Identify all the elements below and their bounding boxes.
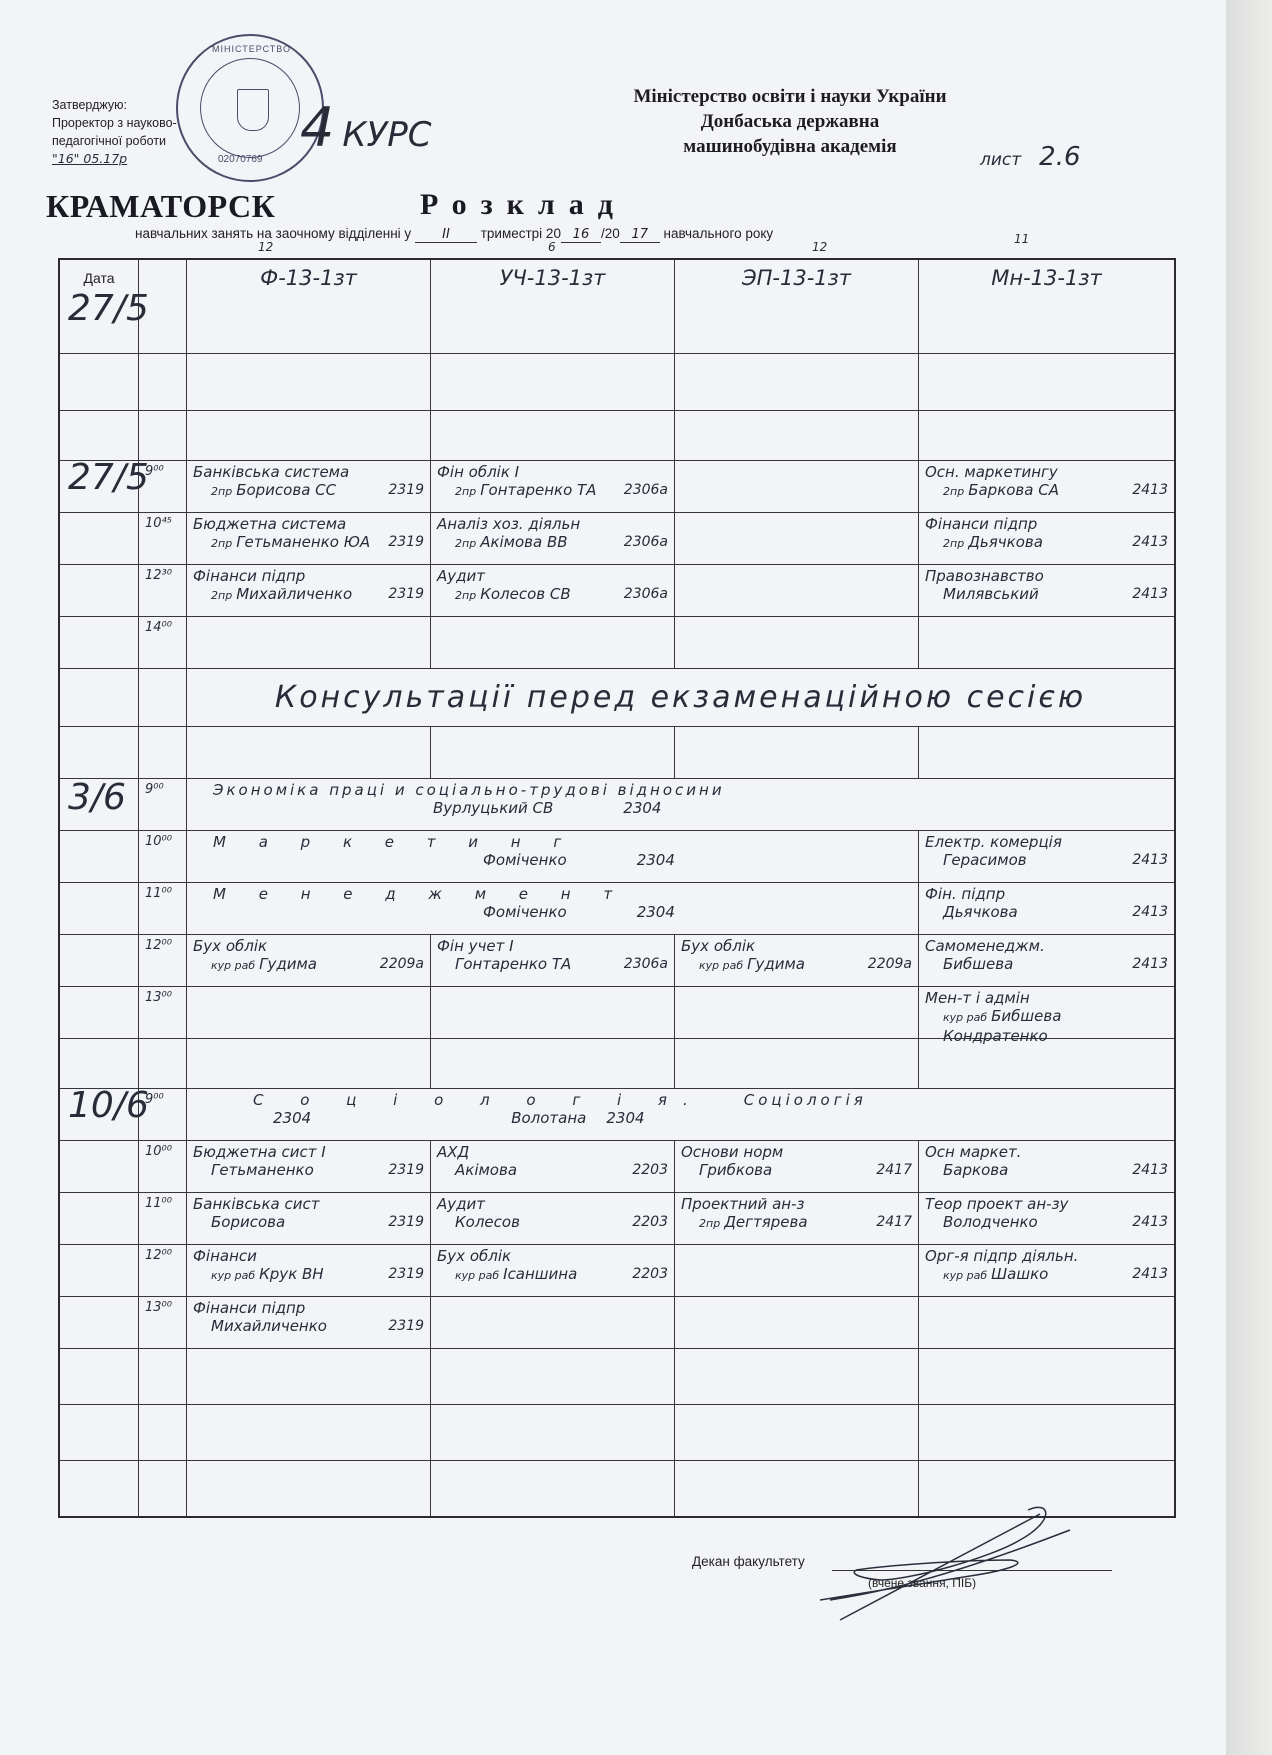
schedule-cell bbox=[674, 296, 918, 353]
schedule-cell bbox=[186, 987, 430, 1038]
schedule-cell: Фінансикур рабКрук ВН2319 bbox=[186, 1245, 430, 1296]
teacher-line: кур рабКрук ВН2319 bbox=[193, 1265, 424, 1285]
teacher-name: Гудима bbox=[259, 955, 317, 973]
teacher-name: Герасимов bbox=[943, 851, 1027, 869]
time-cell bbox=[138, 669, 186, 726]
span-subject-text: С о ц і о л о г і я. bbox=[253, 1091, 704, 1109]
consultation-banner: Консультації перед екзаменаційною сесією bbox=[186, 669, 1174, 726]
class-kind: 2пр bbox=[699, 1217, 720, 1230]
teacher-name: Баркова bbox=[943, 1161, 1008, 1179]
spanning-entry: Экономіка праці и соціально-трудові відн… bbox=[186, 779, 1174, 830]
approver-title-1: Проректор з науково- bbox=[52, 114, 177, 132]
schedule-cell: Аудит2прКолесов СВ2306а bbox=[430, 565, 674, 616]
date-cell bbox=[60, 1349, 138, 1404]
table-row: 11⁰⁰Банківська систБорисова2319АудитКоле… bbox=[60, 1192, 1174, 1244]
subject-name: Фінанси bbox=[193, 1247, 424, 1265]
year-to: 17 bbox=[620, 227, 660, 243]
course-text: КУРС bbox=[342, 115, 431, 155]
time-cell bbox=[138, 354, 186, 410]
table-row: 10⁴⁵Бюджетна система2прГетьманенко ЮА231… bbox=[60, 512, 1174, 564]
subject-name: Орг-я підпр діяльн. bbox=[925, 1247, 1168, 1265]
teacher-line: Милявський2413 bbox=[925, 585, 1168, 603]
teacher-name: Волотана bbox=[511, 1109, 586, 1127]
time-cell bbox=[138, 727, 186, 778]
date-cell: 27/5 bbox=[60, 296, 138, 353]
schedule-entry: Фінанси підпр2прМихайличенко2319 bbox=[193, 567, 424, 605]
schedule-entry: АудитКолесов2203 bbox=[437, 1195, 668, 1231]
table-row: 13⁰⁰Фінанси підпрМихайличенко2319 bbox=[60, 1296, 1174, 1348]
schedule-cell bbox=[430, 296, 674, 353]
teacher-line: 2прАкімова ВВ2306а bbox=[437, 533, 668, 553]
table-row bbox=[60, 410, 1174, 460]
schedule-entry: Осн. маркетингу2прБаркова СА2413 bbox=[925, 463, 1168, 501]
teacher-line: 2прМихайличенко2319 bbox=[193, 585, 424, 605]
document-subtitle: навчальних занять на заочному відділенні… bbox=[135, 226, 773, 243]
time-cell bbox=[138, 1039, 186, 1088]
schedule-cell bbox=[674, 513, 918, 564]
subject-name: Бюджетна система bbox=[193, 515, 424, 533]
schedule-cell bbox=[674, 727, 918, 778]
city-stamp: КРАМАТОРСК bbox=[46, 188, 275, 225]
class-kind: 2пр bbox=[211, 589, 232, 602]
teacher-name: Гетьманенко ЮА bbox=[236, 533, 370, 551]
subject-name: Аналіз хоз. діяльн bbox=[437, 515, 668, 533]
dean-label: Декан факультету bbox=[692, 1554, 805, 1569]
teacher-name: Володченко bbox=[943, 1213, 1038, 1231]
teacher-name: Акімова bbox=[455, 1161, 517, 1179]
teacher-name: Милявський bbox=[943, 585, 1039, 603]
date-cell bbox=[60, 935, 138, 986]
teacher-line: Дьячкова2413 bbox=[925, 903, 1168, 921]
teacher-name: Вурлуцький СВ bbox=[433, 799, 553, 817]
class-kind: 2пр bbox=[455, 589, 476, 602]
teacher-line: 2прГетьманенко ЮА2319 bbox=[193, 533, 424, 553]
academy-line-1: Донбаська державна bbox=[560, 109, 1020, 134]
teacher-name: Колесов bbox=[455, 1213, 520, 1231]
schedule-cell bbox=[674, 411, 918, 460]
date-cell bbox=[60, 831, 138, 882]
subject-name: Осн. маркетингу bbox=[925, 463, 1168, 481]
class-kind: 2пр bbox=[943, 537, 964, 550]
class-kind: кур раб bbox=[943, 1011, 987, 1024]
schedule-cell bbox=[674, 1039, 918, 1088]
teacher-line: 2прДегтярева2417 bbox=[681, 1213, 912, 1233]
spanning-entry: М е н е д ж м е н тФоміченко2304 bbox=[186, 883, 918, 934]
teacher-name: Гудима bbox=[747, 955, 805, 973]
course-label: 4КУРС bbox=[300, 96, 431, 159]
room-number: 2413 bbox=[1132, 1265, 1168, 1283]
teacher-name: Михайличенко bbox=[236, 585, 352, 603]
date-value: 3/6 bbox=[68, 789, 126, 807]
table-row bbox=[60, 1348, 1174, 1404]
schedule-cell: Аналіз хоз. діяльн2прАкімова ВВ2306а bbox=[430, 513, 674, 564]
subject-name: Правознавство bbox=[925, 567, 1168, 585]
schedule-cell: Самоменеджм.Бибшева2413 bbox=[918, 935, 1174, 986]
table-row: 10/69⁰⁰С о ц і о л о г і я.Соціологія230… bbox=[60, 1088, 1174, 1140]
time-cell: 10⁰⁰ bbox=[138, 831, 186, 882]
date-cell bbox=[60, 1245, 138, 1296]
schedule-cell: Фінанси підпрМихайличенко2319 bbox=[186, 1297, 430, 1348]
teacher-name: Гетьманенко bbox=[211, 1161, 314, 1179]
table-row: 12⁰⁰Бух обліккур рабГудима2209аФін учет … bbox=[60, 934, 1174, 986]
subject-name: Бух облік bbox=[437, 1247, 668, 1265]
table-row: Консультації перед екзаменаційною сесією bbox=[60, 668, 1174, 726]
ministry-line: Міністерство освіти і науки України bbox=[560, 84, 1020, 109]
teacher-name: Грибкова bbox=[699, 1161, 772, 1179]
schedule-cell bbox=[186, 1461, 430, 1516]
room-number: 2306а bbox=[624, 533, 668, 551]
subtitle-prefix: навчальних занять на заочному відділенні… bbox=[135, 226, 411, 241]
date-value: 10/6 bbox=[68, 1097, 149, 1115]
time-cell: 12³⁰ bbox=[138, 565, 186, 616]
sheet-number: лист2.6 bbox=[980, 142, 1081, 172]
teacher-name: Дьячкова bbox=[968, 533, 1043, 551]
schedule-entry: Банківська система2прБорисова СС2319 bbox=[193, 463, 424, 501]
schedule-cell: Бух обліккур рабГудима2209а bbox=[186, 935, 430, 986]
teacher-name: Шашко bbox=[991, 1265, 1048, 1283]
room-number: 2304 bbox=[637, 903, 675, 921]
schedule-entry: Аудит2прКолесов СВ2306а bbox=[437, 567, 668, 605]
room-number: 2304 bbox=[623, 799, 661, 817]
date-cell: 10/6 bbox=[60, 1089, 138, 1140]
stamp-inner-ring bbox=[200, 58, 300, 158]
schedule-entry: Теор проект ан-зуВолодченко2413 bbox=[925, 1195, 1168, 1231]
room-number: 2413 bbox=[1132, 955, 1168, 973]
room-number: 2413 bbox=[1132, 851, 1168, 869]
room-number: 2413 bbox=[1132, 585, 1168, 603]
teacher-name: Бибшева bbox=[943, 955, 1013, 973]
schedule-table: Дата Ф-13-1зт УЧ-13-1зт ЭП-13-1зт Мн-13-… bbox=[58, 258, 1176, 1518]
schedule-entry: Бух обліккур рабІсаншина2203 bbox=[437, 1247, 668, 1285]
schedule-cell bbox=[918, 727, 1174, 778]
room-number: 2203 bbox=[632, 1213, 668, 1231]
schedule-cell: АудитКолесов2203 bbox=[430, 1193, 674, 1244]
room-number: 2304 bbox=[606, 1109, 644, 1127]
date-cell: 27/5 bbox=[60, 461, 138, 512]
schedule-entry: Фін облік I2прГонтаренко ТА2306а bbox=[437, 463, 668, 501]
schedule-cell: Основи нормГрибкова2417 bbox=[674, 1141, 918, 1192]
date-cell bbox=[60, 617, 138, 668]
schedule-entry: Електр. комерціяГерасимов2413 bbox=[925, 833, 1168, 869]
teacher-line: Акімова2203 bbox=[437, 1161, 668, 1179]
schedule-cell: Осн маркет.Баркова2413 bbox=[918, 1141, 1174, 1192]
group-header: Мн-13-1зт bbox=[918, 260, 1174, 296]
margin-note: 12 bbox=[812, 240, 827, 254]
class-kind: кур раб bbox=[943, 1269, 987, 1282]
schedule-cell: Мен-т і адмінкур рабБибшева Кондратенко bbox=[918, 987, 1174, 1038]
schedule-cell bbox=[918, 354, 1174, 410]
trimester-value: II bbox=[415, 227, 477, 243]
schedule-entry: Бух обліккур рабГудима2209а bbox=[681, 937, 912, 975]
teacher-name: Акімова ВВ bbox=[480, 533, 567, 551]
schedule-cell bbox=[674, 1349, 918, 1404]
span-teacher: Фоміченко2304 bbox=[193, 851, 912, 869]
schedule-cell bbox=[674, 461, 918, 512]
subject-name: Мен-т і адмін bbox=[925, 989, 1168, 1007]
subject-name: Бух облік bbox=[193, 937, 424, 955]
group-header: Ф-13-1зт bbox=[186, 260, 430, 296]
teacher-line: Колесов2203 bbox=[437, 1213, 668, 1231]
room-number: 2304 bbox=[637, 851, 675, 869]
class-kind: 2пр bbox=[211, 537, 232, 550]
trident-emblem-icon bbox=[237, 89, 269, 131]
schedule-cell: Осн. маркетингу2прБаркова СА2413 bbox=[918, 461, 1174, 512]
subject-name: Основи норм bbox=[681, 1143, 912, 1161]
room-number: 2209а bbox=[868, 955, 912, 973]
schedule-entry: Банківська систБорисова2319 bbox=[193, 1195, 424, 1231]
schedule-cell bbox=[674, 617, 918, 668]
schedule-entry: Фін. підпрДьячкова2413 bbox=[925, 885, 1168, 921]
teacher-line: 2прБорисова СС2319 bbox=[193, 481, 424, 501]
teacher-name: Крук ВН bbox=[259, 1265, 323, 1283]
schedule-cell bbox=[186, 354, 430, 410]
schedule-cell: Орг-я підпр діяльн.кур рабШашко2413 bbox=[918, 1245, 1174, 1296]
table-row: 13⁰⁰Мен-т і адмінкур рабБибшева Кондрате… bbox=[60, 986, 1174, 1038]
subject-name: Бюджетна сист I bbox=[193, 1143, 424, 1161]
subject-name: АХД bbox=[437, 1143, 668, 1161]
sheet-label: лист bbox=[980, 150, 1021, 170]
time-cell: 9⁰⁰ bbox=[138, 779, 186, 830]
room-number: 2413 bbox=[1132, 1161, 1168, 1179]
schedule-cell bbox=[430, 411, 674, 460]
teacher-name: Баркова СА bbox=[968, 481, 1059, 499]
document-title: Розклад bbox=[420, 188, 627, 222]
subject-name: Електр. комерція bbox=[925, 833, 1168, 851]
schedule-entry: Орг-я підпр діяльн.кур рабШашко2413 bbox=[925, 1247, 1168, 1285]
schedule-cell: Фін. підпрДьячкова2413 bbox=[918, 883, 1174, 934]
date-cell bbox=[60, 727, 138, 778]
room-number: 2319 bbox=[388, 585, 424, 603]
schedule-cell bbox=[674, 1245, 918, 1296]
span-subject: С о ц і о л о г і я.Соціологія bbox=[193, 1091, 1168, 1109]
table-row: 10⁰⁰Бюджетна сист IГетьманенко2319АХДАкі… bbox=[60, 1140, 1174, 1192]
date-cell bbox=[60, 411, 138, 460]
room-number: 2319 bbox=[388, 1161, 424, 1179]
schedule-cell bbox=[430, 1461, 674, 1516]
time-cell: 11⁰⁰ bbox=[138, 883, 186, 934]
table-row bbox=[60, 726, 1174, 778]
schedule-entry: Фінанси підпрМихайличенко2319 bbox=[193, 1299, 424, 1335]
class-kind: 2пр bbox=[211, 485, 232, 498]
schedule-cell: Проектний ан-з2прДегтярева2417 bbox=[674, 1193, 918, 1244]
date-cell bbox=[60, 1039, 138, 1088]
subtitle-mid: триместрі 20 bbox=[481, 226, 561, 241]
schedule-cell: ПравознавствоМилявський2413 bbox=[918, 565, 1174, 616]
date-cell bbox=[60, 987, 138, 1038]
schedule-cell bbox=[430, 727, 674, 778]
table-row: 27/5 bbox=[60, 296, 1174, 353]
subject-name: Фін учет I bbox=[437, 937, 668, 955]
year-sep: /20 bbox=[601, 226, 620, 241]
schedule-cell: Бюджетна сист IГетьманенко2319 bbox=[186, 1141, 430, 1192]
date-cell bbox=[60, 1141, 138, 1192]
teacher-line: 2прКолесов СВ2306а bbox=[437, 585, 668, 605]
table-row: 3/69⁰⁰Экономіка праці и соціально-трудов… bbox=[60, 778, 1174, 830]
schedule-cell bbox=[918, 1349, 1174, 1404]
teacher-name: Борисова bbox=[211, 1213, 285, 1231]
span-teacher: Фоміченко2304 bbox=[193, 903, 912, 921]
spanning-entry: С о ц і о л о г і я.Соціологія2304Волота… bbox=[186, 1089, 1174, 1140]
room-number: 2413 bbox=[1132, 533, 1168, 551]
schedule-cell bbox=[430, 1297, 674, 1348]
room-number: 2319 bbox=[388, 1213, 424, 1231]
span-subject-g4: Соціологія bbox=[744, 1091, 867, 1109]
schedule-cell bbox=[674, 565, 918, 616]
signature-scribble-icon bbox=[820, 1500, 1090, 1640]
subject-name: Теор проект ан-зу bbox=[925, 1195, 1168, 1213]
schedule-cell bbox=[186, 617, 430, 668]
time-cell bbox=[138, 1405, 186, 1460]
schedule-cell bbox=[918, 296, 1174, 353]
subject-name: Фін облік I bbox=[437, 463, 668, 481]
schedule-cell bbox=[430, 354, 674, 410]
table-header-row: Дата Ф-13-1зт УЧ-13-1зт ЭП-13-1зт Мн-13-… bbox=[60, 260, 1174, 296]
time-cell: 11⁰⁰ bbox=[138, 1193, 186, 1244]
year-from: 16 bbox=[561, 227, 601, 243]
schedule-cell bbox=[186, 296, 430, 353]
subject-name: Осн маркет. bbox=[925, 1143, 1168, 1161]
schedule-cell bbox=[430, 1349, 674, 1404]
time-cell: 14⁰⁰ bbox=[138, 617, 186, 668]
span-teacher: Вурлуцький СВ2304 bbox=[193, 799, 1168, 817]
subject-name: Банківська сист bbox=[193, 1195, 424, 1213]
teacher-name: Гонтаренко ТА bbox=[480, 481, 596, 499]
room-number: 2319 bbox=[388, 1317, 424, 1335]
schedule-entry: Фінансикур рабКрук ВН2319 bbox=[193, 1247, 424, 1285]
subject-name: Фінанси підпр bbox=[925, 515, 1168, 533]
scanner-edge bbox=[1226, 0, 1272, 1755]
room-number: 2209а bbox=[380, 955, 424, 973]
schedule-cell: Фін учет IГонтаренко ТА2306а bbox=[430, 935, 674, 986]
margin-note: 6 bbox=[548, 240, 556, 254]
teacher-line: кур рабГудима2209а bbox=[681, 955, 912, 975]
teacher-line: Баркова2413 bbox=[925, 1161, 1168, 1179]
date-cell bbox=[60, 669, 138, 726]
teacher-line: 2прБаркова СА2413 bbox=[925, 481, 1168, 501]
subject-name: Бух облік bbox=[681, 937, 912, 955]
date-cell bbox=[60, 1297, 138, 1348]
approval-date: "16" 05.17р bbox=[52, 150, 177, 168]
class-kind: 2пр bbox=[943, 485, 964, 498]
schedule-entry: Фінанси підпр2прДьячкова2413 bbox=[925, 515, 1168, 553]
table-row: 11⁰⁰М е н е д ж м е н тФоміченко2304Фін.… bbox=[60, 882, 1174, 934]
schedule-entry: Самоменеджм.Бибшева2413 bbox=[925, 937, 1168, 973]
schedule-entry: Осн маркет.Баркова2413 bbox=[925, 1143, 1168, 1179]
subtitle-suffix: навчального року bbox=[664, 226, 774, 241]
schedule-cell bbox=[674, 987, 918, 1038]
spanning-entry: М а р к е т и н гФоміченко2304 bbox=[186, 831, 918, 882]
table-row bbox=[60, 1404, 1174, 1460]
teacher-name: Колесов СВ bbox=[480, 585, 570, 603]
schedule-cell bbox=[430, 617, 674, 668]
span-subject: Экономіка праці и соціально-трудові відн… bbox=[193, 781, 1168, 799]
time-cell: 10⁴⁵ bbox=[138, 513, 186, 564]
date-cell bbox=[60, 1405, 138, 1460]
schedule-cell bbox=[186, 727, 430, 778]
approver-title-2: педагогічної роботи bbox=[52, 132, 177, 150]
subject-name: Фінанси підпр bbox=[193, 1299, 424, 1317]
sheet-value: 2.6 bbox=[1039, 142, 1080, 172]
stamp-ring-text: МІНІСТЕРСТВО ОСВІТИ І НАУКИ УКРАЇНИ · ДО… bbox=[212, 44, 292, 54]
schedule-cell: Банківська систБорисова2319 bbox=[186, 1193, 430, 1244]
schedule-cell bbox=[674, 354, 918, 410]
schedule-entry: Фін учет IГонтаренко ТА2306а bbox=[437, 937, 668, 973]
time-cell bbox=[138, 1349, 186, 1404]
date-value: 27/5 bbox=[68, 469, 149, 487]
subject-name: Самоменеджм. bbox=[925, 937, 1168, 955]
teacher-line: Володченко2413 bbox=[925, 1213, 1168, 1231]
schedule-entry: Мен-т і адмінкур рабБибшева Кондратенко bbox=[925, 989, 1168, 1045]
schedule-cell bbox=[186, 411, 430, 460]
room-number: 2417 bbox=[876, 1213, 912, 1231]
institution-block: Міністерство освіти і науки України Донб… bbox=[560, 84, 1020, 159]
time-cell: 12⁰⁰ bbox=[138, 1245, 186, 1296]
room-number: 2203 bbox=[632, 1265, 668, 1283]
schedule-cell bbox=[430, 1039, 674, 1088]
table-row: 10⁰⁰М а р к е т и н гФоміченко2304Електр… bbox=[60, 830, 1174, 882]
class-kind: 2пр bbox=[455, 537, 476, 550]
schedule-cell bbox=[918, 411, 1174, 460]
span-subject: М е н е д ж м е н т bbox=[193, 885, 912, 903]
schedule-cell: АХДАкімова2203 bbox=[430, 1141, 674, 1192]
teacher-line: Гетьманенко2319 bbox=[193, 1161, 424, 1179]
schedule-cell: Фінанси підпр2прМихайличенко2319 bbox=[186, 565, 430, 616]
date-cell bbox=[60, 1461, 138, 1516]
class-kind: кур раб bbox=[211, 959, 255, 972]
subject-name: Аудит bbox=[437, 567, 668, 585]
schedule-entry: Бух обліккур рабГудима2209а bbox=[193, 937, 424, 975]
schedule-cell bbox=[918, 1405, 1174, 1460]
table-row: 12³⁰Фінанси підпр2прМихайличенко2319Ауди… bbox=[60, 564, 1174, 616]
approval-label: Затверджую: bbox=[52, 96, 177, 114]
room-number: 2413 bbox=[1132, 903, 1168, 921]
date-cell bbox=[60, 513, 138, 564]
schedule-entry: ПравознавствоМилявський2413 bbox=[925, 567, 1168, 603]
teacher-name: Гонтаренко ТА bbox=[455, 955, 571, 973]
class-kind: кур раб bbox=[211, 1269, 255, 1282]
teacher-line: Грибкова2417 bbox=[681, 1161, 912, 1179]
teacher-line: Михайличенко2319 bbox=[193, 1317, 424, 1335]
teacher-line: Герасимов2413 bbox=[925, 851, 1168, 869]
schedule-cell bbox=[186, 1039, 430, 1088]
teacher-name: Дегтярева bbox=[724, 1213, 807, 1231]
room-number: 2306а bbox=[624, 585, 668, 603]
schedule-cell: Бух обліккур рабГудима2209а bbox=[674, 935, 918, 986]
teacher-line: кур рабШашко2413 bbox=[925, 1265, 1168, 1285]
schedule-cell: Фін облік I2прГонтаренко ТА2306а bbox=[430, 461, 674, 512]
schedule-entry: Бюджетна система2прГетьманенко ЮА2319 bbox=[193, 515, 424, 553]
time-cell bbox=[138, 1461, 186, 1516]
schedule-entry: Основи нормГрибкова2417 bbox=[681, 1143, 912, 1179]
table-row: 27/59⁰⁰Банківська система2прБорисова СС2… bbox=[60, 460, 1174, 512]
room-number: 2304 bbox=[273, 1109, 311, 1127]
table-row: 14⁰⁰ bbox=[60, 616, 1174, 668]
class-kind: кур раб bbox=[455, 1269, 499, 1282]
time-cell: 12⁰⁰ bbox=[138, 935, 186, 986]
room-number: 2319 bbox=[388, 481, 424, 499]
schedule-cell: Теор проект ан-зуВолодченко2413 bbox=[918, 1193, 1174, 1244]
room-number: 2319 bbox=[388, 1265, 424, 1283]
span-teacher: 2304Волотана2304 bbox=[193, 1109, 1168, 1127]
subject-name: Фінанси підпр bbox=[193, 567, 424, 585]
schedule-cell bbox=[186, 1349, 430, 1404]
class-kind: 2пр bbox=[455, 485, 476, 498]
subject-name: Фін. підпр bbox=[925, 885, 1168, 903]
date-cell bbox=[60, 883, 138, 934]
date-cell bbox=[60, 1193, 138, 1244]
approval-block: Затверджую: Проректор з науково- педагог… bbox=[52, 96, 177, 168]
room-number: 2413 bbox=[1132, 1213, 1168, 1231]
